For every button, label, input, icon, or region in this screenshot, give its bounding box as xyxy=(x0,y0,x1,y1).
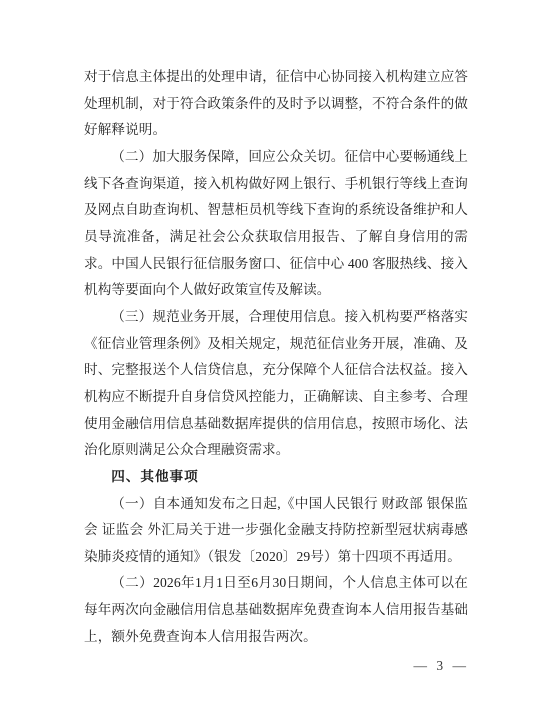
section-heading-other-matters: 四、其他事项 xyxy=(84,464,468,491)
page-number: — 3 — xyxy=(414,658,470,674)
document-page: 对于信息主体提出的处理申请，征信中心协同接入机构建立应答处理机制，对于符合政策条… xyxy=(0,0,549,727)
paragraph-item-2-service: （二）加大服务保障，回应公众关切。征信中心要畅通线上线下各查询渠道，接入机构做好… xyxy=(84,144,468,304)
paragraph-other-item-1: （一）自本通知发布之日起,《中国人民银行 财政部 银保监会 证监会 外汇局关于进… xyxy=(84,491,468,571)
paragraph-continuation: 对于信息主体提出的处理申请，征信中心协同接入机构建立应答处理机制，对于符合政策条… xyxy=(84,64,468,144)
paragraph-item-3-regulation: （三）规范业务开展，合理使用信息。接入机构要严格落实《征信业管理条例》及相关规定… xyxy=(84,304,468,464)
paragraph-other-item-2: （二）2026年1月1日至6月30日期间，个人信息主体可以在每年两次向金融信用信… xyxy=(84,570,468,650)
document-body: 对于信息主体提出的处理申请，征信中心协同接入机构建立应答处理机制，对于符合政策条… xyxy=(84,64,468,650)
